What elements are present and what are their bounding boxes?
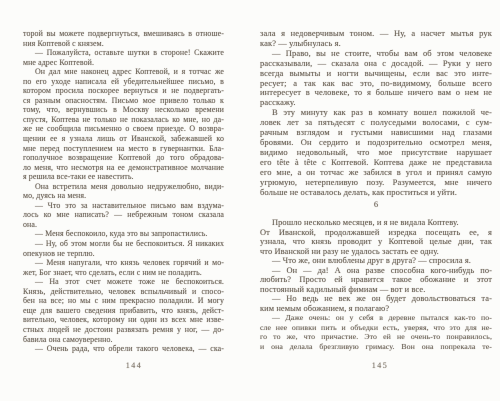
text-line: же не сообщила письменно о своем приезде… (23, 124, 224, 134)
text-line: гополучное возвращение Коптевой до того … (23, 153, 224, 163)
text-line: го то же, что причастие. Это ей не очень… (260, 332, 492, 342)
page-number-left: 144 (114, 361, 154, 370)
text-line: — Очень рада, что обрели такого человека… (23, 344, 224, 354)
text-line: мне адрес Коптевой. (23, 58, 224, 68)
text-line: сле нее опивки пить и объедки есть, увер… (260, 323, 492, 333)
text-line: я решила все-таки ее навестить. (23, 172, 224, 182)
text-line: От Иванской, продолжавшей изредка посеща… (260, 228, 492, 238)
text-line: мне перед поступлением на место в гуверн… (23, 144, 224, 154)
text-line: опекунов не терплю. (23, 249, 224, 259)
text-line: — Он — да! А она разве способна кого-ниб… (260, 266, 492, 276)
text-line: постоянный кадильный фимиам — вот и все. (260, 285, 492, 295)
text-line: угрюмую, нетерпеливую позу. Разумеется, … (260, 178, 492, 188)
text-line: узнала, что князь проводит у Коптевой це… (260, 237, 492, 247)
text-line: больше не оставалось делать, как простит… (260, 188, 492, 198)
text-line: — Меня беспокоило, куда это вы запропаст… (23, 229, 224, 239)
text-line: — Что же, они влюблены друг в друга? — с… (260, 256, 492, 266)
text-line: — Что это за наставительное письмо вам в… (23, 201, 224, 211)
text-line: стных людей не достоин развязать ремня у… (23, 325, 224, 335)
book-spread-scan: торой вы можете подвергнуться, вмешиваяс… (0, 0, 500, 401)
text-line: щении ее я узнала лишь от Иванской, забе… (23, 134, 224, 144)
text-line: Она встретила меня довольно недружелюбно… (23, 182, 224, 192)
text-line: ния Коптевой с князем. (23, 39, 224, 49)
text-line: — Но ведь не век же он будет довольствов… (260, 294, 492, 304)
text-line: Он дал мне наконец адрес Коптевой, и я т… (23, 67, 224, 77)
text-line: лось ко мне написать? — небрежным тоном … (23, 210, 224, 220)
right-page-text-top: зала я недоверчивым тоном. — Ну, а насче… (260, 29, 492, 197)
text-line: Прошло несколько месяцев, и я не видала … (260, 218, 492, 228)
text-line: ся разным опасностям. Письмо мое привело… (23, 96, 224, 106)
text-line: жет, Бог знает, что сделать, если с ним … (23, 268, 224, 278)
text-line: любить? Просто ей нравится такое обожани… (260, 275, 492, 285)
left-page-text: торой вы можете подвергнуться, вмешиваяс… (23, 29, 224, 354)
right-page: зала я недоверчивым тоном. — Ну, а насче… (260, 0, 492, 401)
text-line: еще для вашего сведения прибавить, что к… (23, 306, 224, 316)
page-number-right: 145 (360, 361, 400, 370)
text-line: бен на все; но мы с ним прекрасно полади… (23, 296, 224, 306)
section-number-heading: 6 (260, 199, 492, 209)
text-line: что Иванской ни разу не удалось застать … (260, 247, 492, 257)
text-line: тому, что, вернувшись в Москву несколько… (23, 105, 224, 115)
left-page: торой вы можете подвергнуться, вмешиваяс… (23, 0, 224, 401)
text-line: Князь, действительно, человек вспыльчивы… (23, 287, 224, 297)
text-line: ким немым обожанием, я полагаю? (260, 304, 492, 314)
text-line: вительно, человек, которому ни один из в… (23, 315, 224, 325)
text-line: — Ну, об этом могли бы не беспокоиться. … (23, 239, 224, 249)
text-line: торой вы можете подвергнуться, вмешиваяс… (23, 29, 224, 39)
text-line: мо, дуясь на меня. (23, 191, 224, 201)
text-line: котором просила поскорее вернуться и не … (23, 86, 224, 96)
text-line: — Даже очень: он у себя в деревне пыталс… (260, 313, 492, 323)
text-line: по его уходе написала ей убедительнейшее… (23, 77, 224, 87)
text-line: бавила она самоуверенно. (23, 335, 224, 345)
right-page-text-bottom: Прошло несколько месяцев, и я не видала … (260, 218, 492, 351)
text-line: ло меня, что несмотря на ее демонстратив… (23, 163, 224, 173)
text-line: — На этот счет можете тоже не беспокоить… (23, 277, 224, 287)
text-line: — Пожалуйста, оставьте шутки в стороне! … (23, 48, 224, 58)
text-line: — Меня напугали, что князь человек горяч… (23, 258, 224, 268)
text-line: и она делала брезгливую гримасу. Вон она… (260, 342, 492, 352)
